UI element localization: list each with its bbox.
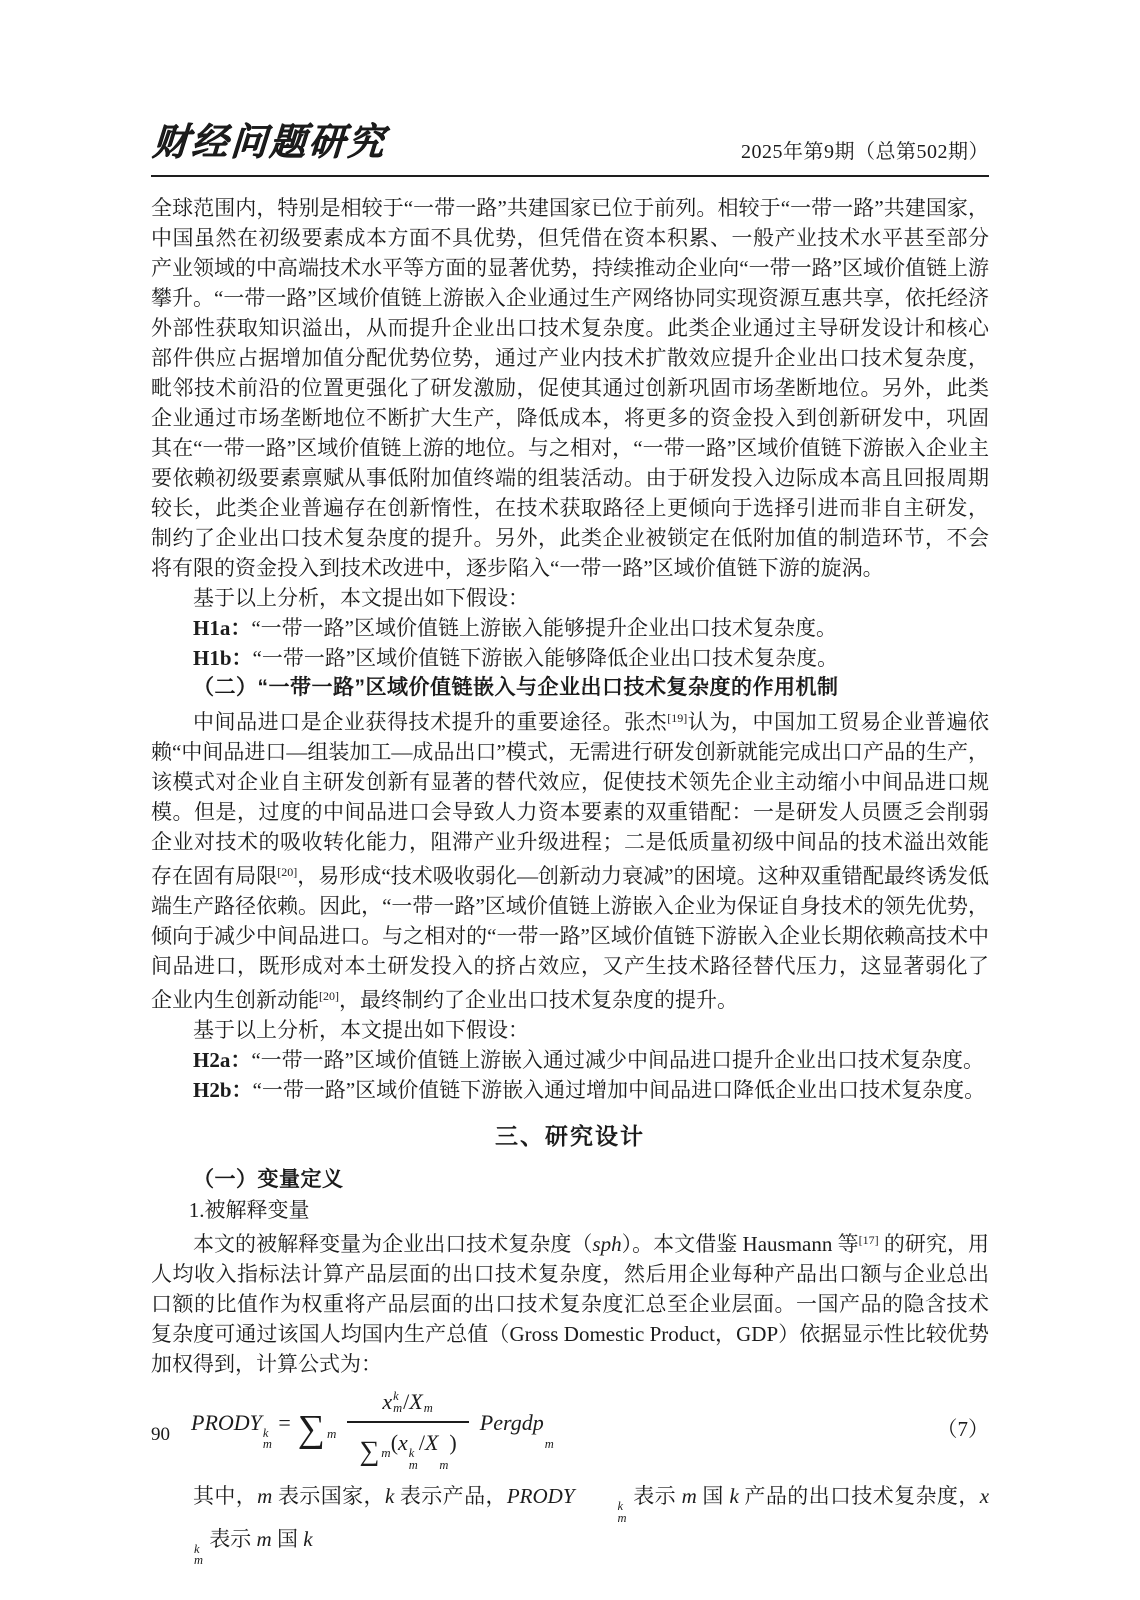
hypothesis-h2a-text: “一带一路”区域价值链上游嵌入通过减少中间品进口提升企业出口技术复杂度。 [251, 1048, 984, 1072]
hypothesis-h1a-text: “一带一路”区域价值链上游嵌入能够提升企业出口技术复杂度。 [251, 616, 837, 640]
subsubsection-1-heading: 1.被解释变量 [151, 1195, 989, 1225]
sigma-symbol-small: ∑ [359, 1439, 379, 1464]
hypothesis-h2a: H2a：“一带一路”区域价值链上游嵌入通过减少中间品进口提升企业出口技术复杂度。 [151, 1045, 989, 1075]
fraction-numerator: xkm/X m [370, 1387, 445, 1421]
paragraph-continuation: 全球范围内，特别是相较于“一带一路”共建国家已位于前列。相较于“一带一路”共建国… [151, 193, 989, 583]
formula-sum: ∑m [298, 1412, 336, 1446]
sigma-subscript-small: m [381, 1438, 390, 1468]
paragraph-mechanism: 中间品进口是企业获得技术提升的重要途径。张杰[19]认为，中国加工贸易企业普遍依… [151, 703, 989, 1015]
denominator-sum: ∑m [359, 1435, 390, 1465]
hypothesis-intro-1: 基于以上分析，本文提出如下假设： [151, 583, 989, 613]
equation-7: PRODYkm = ∑m xkm/X m ∑m (xkm/X m) Pergdp… [151, 1387, 989, 1471]
journal-logo: 财经问题研究 [151, 113, 389, 166]
journal-page: 财经问题研究 2025年第9期（总第502期） 全球范围内，特别是相较于“一带一… [0, 0, 1140, 1600]
page-number: 90 [151, 1424, 170, 1446]
equation-7-body: PRODYkm = ∑m xkm/X m ∑m (xkm/X m) Pergdp… [191, 1387, 555, 1471]
issue-info: 2025年第9期（总第502期） [741, 135, 989, 166]
hypothesis-h1b: H1b：“一带一路”区域价值链下游嵌入能够降低企业出口技术复杂度。 [151, 643, 989, 673]
sigma-subscript: m [327, 1419, 336, 1449]
hypothesis-h2a-label: H2a： [193, 1048, 251, 1072]
subsection-1-heading: （一）变量定义 [151, 1165, 989, 1195]
hypothesis-intro-2: 基于以上分析，本文提出如下假设： [151, 1015, 989, 1045]
formula-explanation: 其中，m 表示国家，k 表示产品，PRODYkm 表示 m 国 k 产品的出口技… [151, 1481, 989, 1566]
article-body: 全球范围内，特别是相较于“一带一路”共建国家已位于前列。相较于“一带一路”共建国… [151, 193, 989, 1566]
hypothesis-h2b-text: “一带一路”区域价值链下游嵌入通过增加中间品进口降低企业出口技术复杂度。 [253, 1078, 986, 1102]
equation-number: （7） [937, 1414, 990, 1444]
hypothesis-h1b-label: H1b： [193, 646, 253, 670]
subsection-2-heading: （二）“一带一路”区域价值链嵌入与企业出口技术复杂度的作用机制 [151, 673, 989, 703]
hypothesis-h2b-label: H2b： [193, 1078, 253, 1102]
section-3-heading: 三、研究设计 [151, 1121, 989, 1151]
fraction-denominator: ∑m (xkm/X m) [347, 1421, 468, 1471]
hypothesis-h1a-label: H1a： [193, 616, 251, 640]
page-header: 财经问题研究 2025年第9期（总第502期） [151, 120, 989, 177]
formula-fraction: xkm/X m ∑m (xkm/X m) [347, 1387, 468, 1471]
denominator-terms: (xkm/X m) [391, 1428, 457, 1471]
formula-lhs: PRODYkm = [191, 1408, 291, 1451]
hypothesis-h2b: H2b：“一带一路”区域价值链下游嵌入通过增加中间品进口降低企业出口技术复杂度。 [151, 1075, 989, 1105]
sigma-symbol: ∑ [298, 1412, 325, 1446]
page-content: 财经问题研究 2025年第9期（总第502期） 全球范围内，特别是相较于“一带一… [151, 120, 989, 1566]
paragraph-dependent-variable: 本文的被解释变量为企业出口技术复杂度（sph）。本文借鉴 Hausmann 等[… [151, 1225, 989, 1379]
hypothesis-h1b-text: “一带一路”区域价值链下游嵌入能够降低企业出口技术复杂度。 [253, 646, 839, 670]
formula-tail: Pergdp m [480, 1408, 555, 1451]
hypothesis-h1a: H1a：“一带一路”区域价值链上游嵌入能够提升企业出口技术复杂度。 [151, 613, 989, 643]
